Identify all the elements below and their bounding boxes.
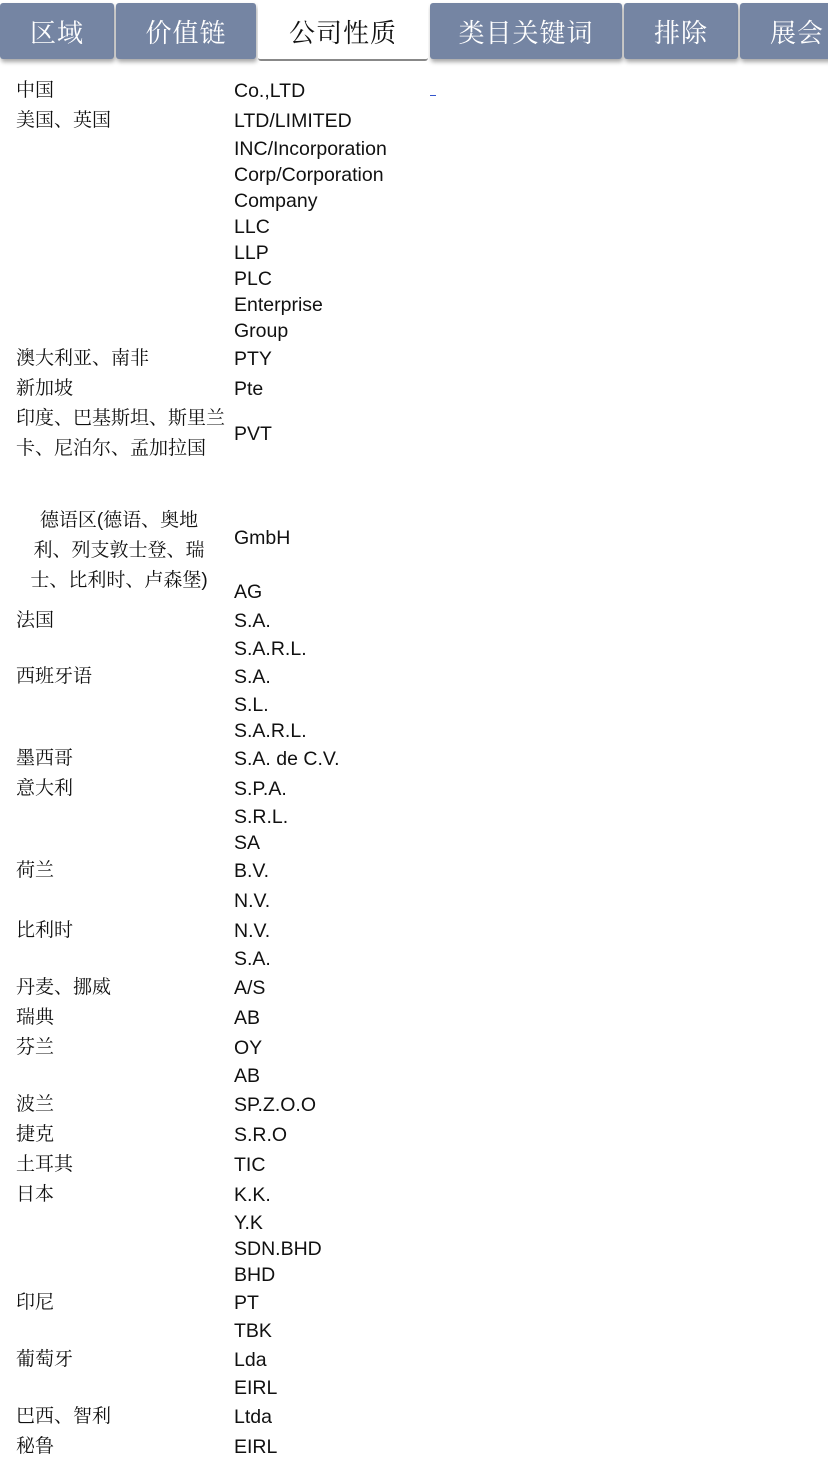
tab-bar: 区域 价值链 公司性质 类目关键词 排除 展会 bbox=[0, 0, 828, 62]
form-cell: Group bbox=[234, 318, 387, 344]
form-cell: TBK bbox=[234, 1318, 272, 1344]
form-cell: AB bbox=[234, 1063, 262, 1089]
form-cell: PLC bbox=[234, 266, 387, 292]
table-row: 比利时 N.V. S.A. bbox=[16, 916, 271, 972]
country-cell: 墨西哥 bbox=[16, 744, 234, 774]
country-cell: 法国 bbox=[16, 606, 234, 636]
form-cell: K.K. bbox=[234, 1180, 322, 1210]
form-cell: Lda bbox=[234, 1345, 277, 1375]
country-cell: 印尼 bbox=[16, 1288, 234, 1318]
form-cell: LLP bbox=[234, 240, 387, 266]
form-cell: Ltda bbox=[234, 1402, 272, 1432]
form-cell: PT bbox=[234, 1288, 272, 1318]
country-cell: 丹麦、挪威 bbox=[16, 973, 234, 1003]
country-cell: 印度、巴基斯坦、斯里兰卡、尼泊尔、孟加拉国 bbox=[16, 404, 230, 464]
form-cell: PTY bbox=[234, 344, 272, 374]
country-cell: 西班牙语 bbox=[16, 662, 234, 692]
table-row: 新加坡 Pte bbox=[16, 374, 263, 404]
form-cell: S.A. bbox=[234, 606, 307, 636]
country-cell: 土耳其 bbox=[16, 1150, 234, 1180]
country-cell: 意大利 bbox=[16, 774, 234, 804]
country-cell: 新加坡 bbox=[16, 374, 234, 404]
country-cell: 巴西、智利 bbox=[16, 1402, 234, 1432]
country-cell: 日本 bbox=[16, 1180, 234, 1210]
table-row: 印度、巴基斯坦、斯里兰卡、尼泊尔、孟加拉国 PVT bbox=[16, 404, 272, 464]
form-cell: Co.,LTD bbox=[234, 76, 305, 106]
form-cell: Company bbox=[234, 188, 387, 214]
form-cell: A/S bbox=[234, 973, 265, 1003]
table-row: 日本 K.K. Y.K SDN.BHD BHD bbox=[16, 1180, 322, 1288]
form-cell: OY bbox=[234, 1033, 262, 1063]
form-cell: LLC bbox=[234, 214, 387, 240]
table-row: 澳大利亚、南非 PTY bbox=[16, 344, 272, 374]
tab-company-type[interactable]: 公司性质 bbox=[258, 3, 428, 61]
table-row: 中国 Co.,LTD bbox=[16, 76, 305, 106]
form-cell: S.P.A. bbox=[234, 774, 288, 804]
country-cell: 波兰 bbox=[16, 1090, 234, 1120]
form-cell: TIC bbox=[234, 1150, 265, 1180]
form-cell: SP.Z.O.O bbox=[234, 1090, 316, 1120]
table-row: 印尼 PT TBK bbox=[16, 1288, 272, 1344]
table-row: 荷兰 B.V. N.V. bbox=[16, 856, 270, 916]
table-row: 葡萄牙 Lda EIRL bbox=[16, 1345, 277, 1401]
form-cell: LTD/LIMITED bbox=[234, 106, 387, 136]
country-cell: 捷克 bbox=[16, 1120, 234, 1150]
form-cell: S.R.O bbox=[234, 1120, 287, 1150]
form-cell: INC/Incorporation bbox=[234, 136, 387, 162]
table-row: 巴西、智利 Ltda bbox=[16, 1402, 272, 1432]
form-cell: EIRL bbox=[234, 1432, 277, 1462]
form-cell: Y.K bbox=[234, 1210, 322, 1236]
form-cell: B.V. bbox=[234, 856, 270, 886]
form-cell: AG bbox=[234, 560, 290, 590]
form-cell: N.V. bbox=[234, 886, 270, 916]
country-cell: 比利时 bbox=[16, 916, 234, 946]
form-cell: PVT bbox=[234, 419, 272, 449]
form-cell: GmbH bbox=[234, 506, 290, 560]
tab-exclude[interactable]: 排除 bbox=[624, 3, 738, 59]
table-row: 墨西哥 S.A. de C.V. bbox=[16, 744, 340, 774]
tab-region[interactable]: 区域 bbox=[0, 3, 114, 59]
country-cell: 荷兰 bbox=[16, 856, 234, 886]
form-cell: Pte bbox=[234, 374, 263, 404]
table-row: 土耳其 TIC bbox=[16, 1150, 265, 1180]
form-cell: S.A. bbox=[234, 662, 307, 692]
form-cell: S.R.L. bbox=[234, 804, 288, 830]
form-cell: N.V. bbox=[234, 916, 271, 946]
country-cell: 芬兰 bbox=[16, 1033, 234, 1063]
table-row: 法国 S.A. S.A.R.L. bbox=[16, 606, 307, 662]
country-cell: 葡萄牙 bbox=[16, 1345, 234, 1375]
table-row: 瑞典 AB bbox=[16, 1003, 260, 1033]
tab-value-chain[interactable]: 价值链 bbox=[116, 3, 256, 59]
form-cell: Enterprise bbox=[234, 292, 387, 318]
table-row: 美国、英国 LTD/LIMITED INC/Incorporation Corp… bbox=[16, 106, 387, 344]
form-cell: SA bbox=[234, 830, 288, 856]
tab-category-keywords[interactable]: 类目关键词 bbox=[430, 3, 622, 59]
country-cell: 瑞典 bbox=[16, 1003, 234, 1033]
country-cell: 美国、英国 bbox=[16, 106, 234, 136]
table-row: 捷克 S.R.O bbox=[16, 1120, 287, 1150]
table-row: 芬兰 OY AB bbox=[16, 1033, 262, 1089]
form-cell: Corp/Corporation bbox=[234, 162, 387, 188]
country-cell: 澳大利亚、南非 bbox=[16, 344, 234, 374]
table-row: 西班牙语 S.A. S.L. S.A.R.L. bbox=[16, 662, 307, 744]
country-cell: 秘鲁 bbox=[16, 1432, 234, 1462]
table-row: 德语区(德语、奥地利、列支敦士登、瑞士、比利时、卢森堡) GmbH AG bbox=[16, 506, 290, 596]
link-marker bbox=[430, 95, 436, 96]
form-cell: S.A. de C.V. bbox=[234, 744, 340, 774]
form-cell: S.L. bbox=[234, 692, 307, 718]
country-cell: 中国 bbox=[16, 76, 234, 106]
form-cell: S.A.R.L. bbox=[234, 636, 307, 662]
table-row: 秘鲁 EIRL bbox=[16, 1432, 277, 1462]
tab-exhibition[interactable]: 展会 bbox=[740, 3, 828, 59]
country-cell: 德语区(德语、奥地利、列支敦士登、瑞士、比利时、卢森堡) bbox=[16, 506, 216, 596]
form-cell: AB bbox=[234, 1003, 260, 1033]
form-cell: SDN.BHD bbox=[234, 1236, 322, 1262]
table-row: 意大利 S.P.A. S.R.L. SA bbox=[16, 774, 288, 856]
table-row: 丹麦、挪威 A/S bbox=[16, 973, 265, 1003]
form-cell: BHD bbox=[234, 1262, 322, 1288]
form-cell: S.A.R.L. bbox=[234, 718, 307, 744]
form-cell: S.A. bbox=[234, 946, 271, 972]
form-cell: EIRL bbox=[234, 1375, 277, 1401]
table-row: 波兰 SP.Z.O.O bbox=[16, 1090, 316, 1120]
